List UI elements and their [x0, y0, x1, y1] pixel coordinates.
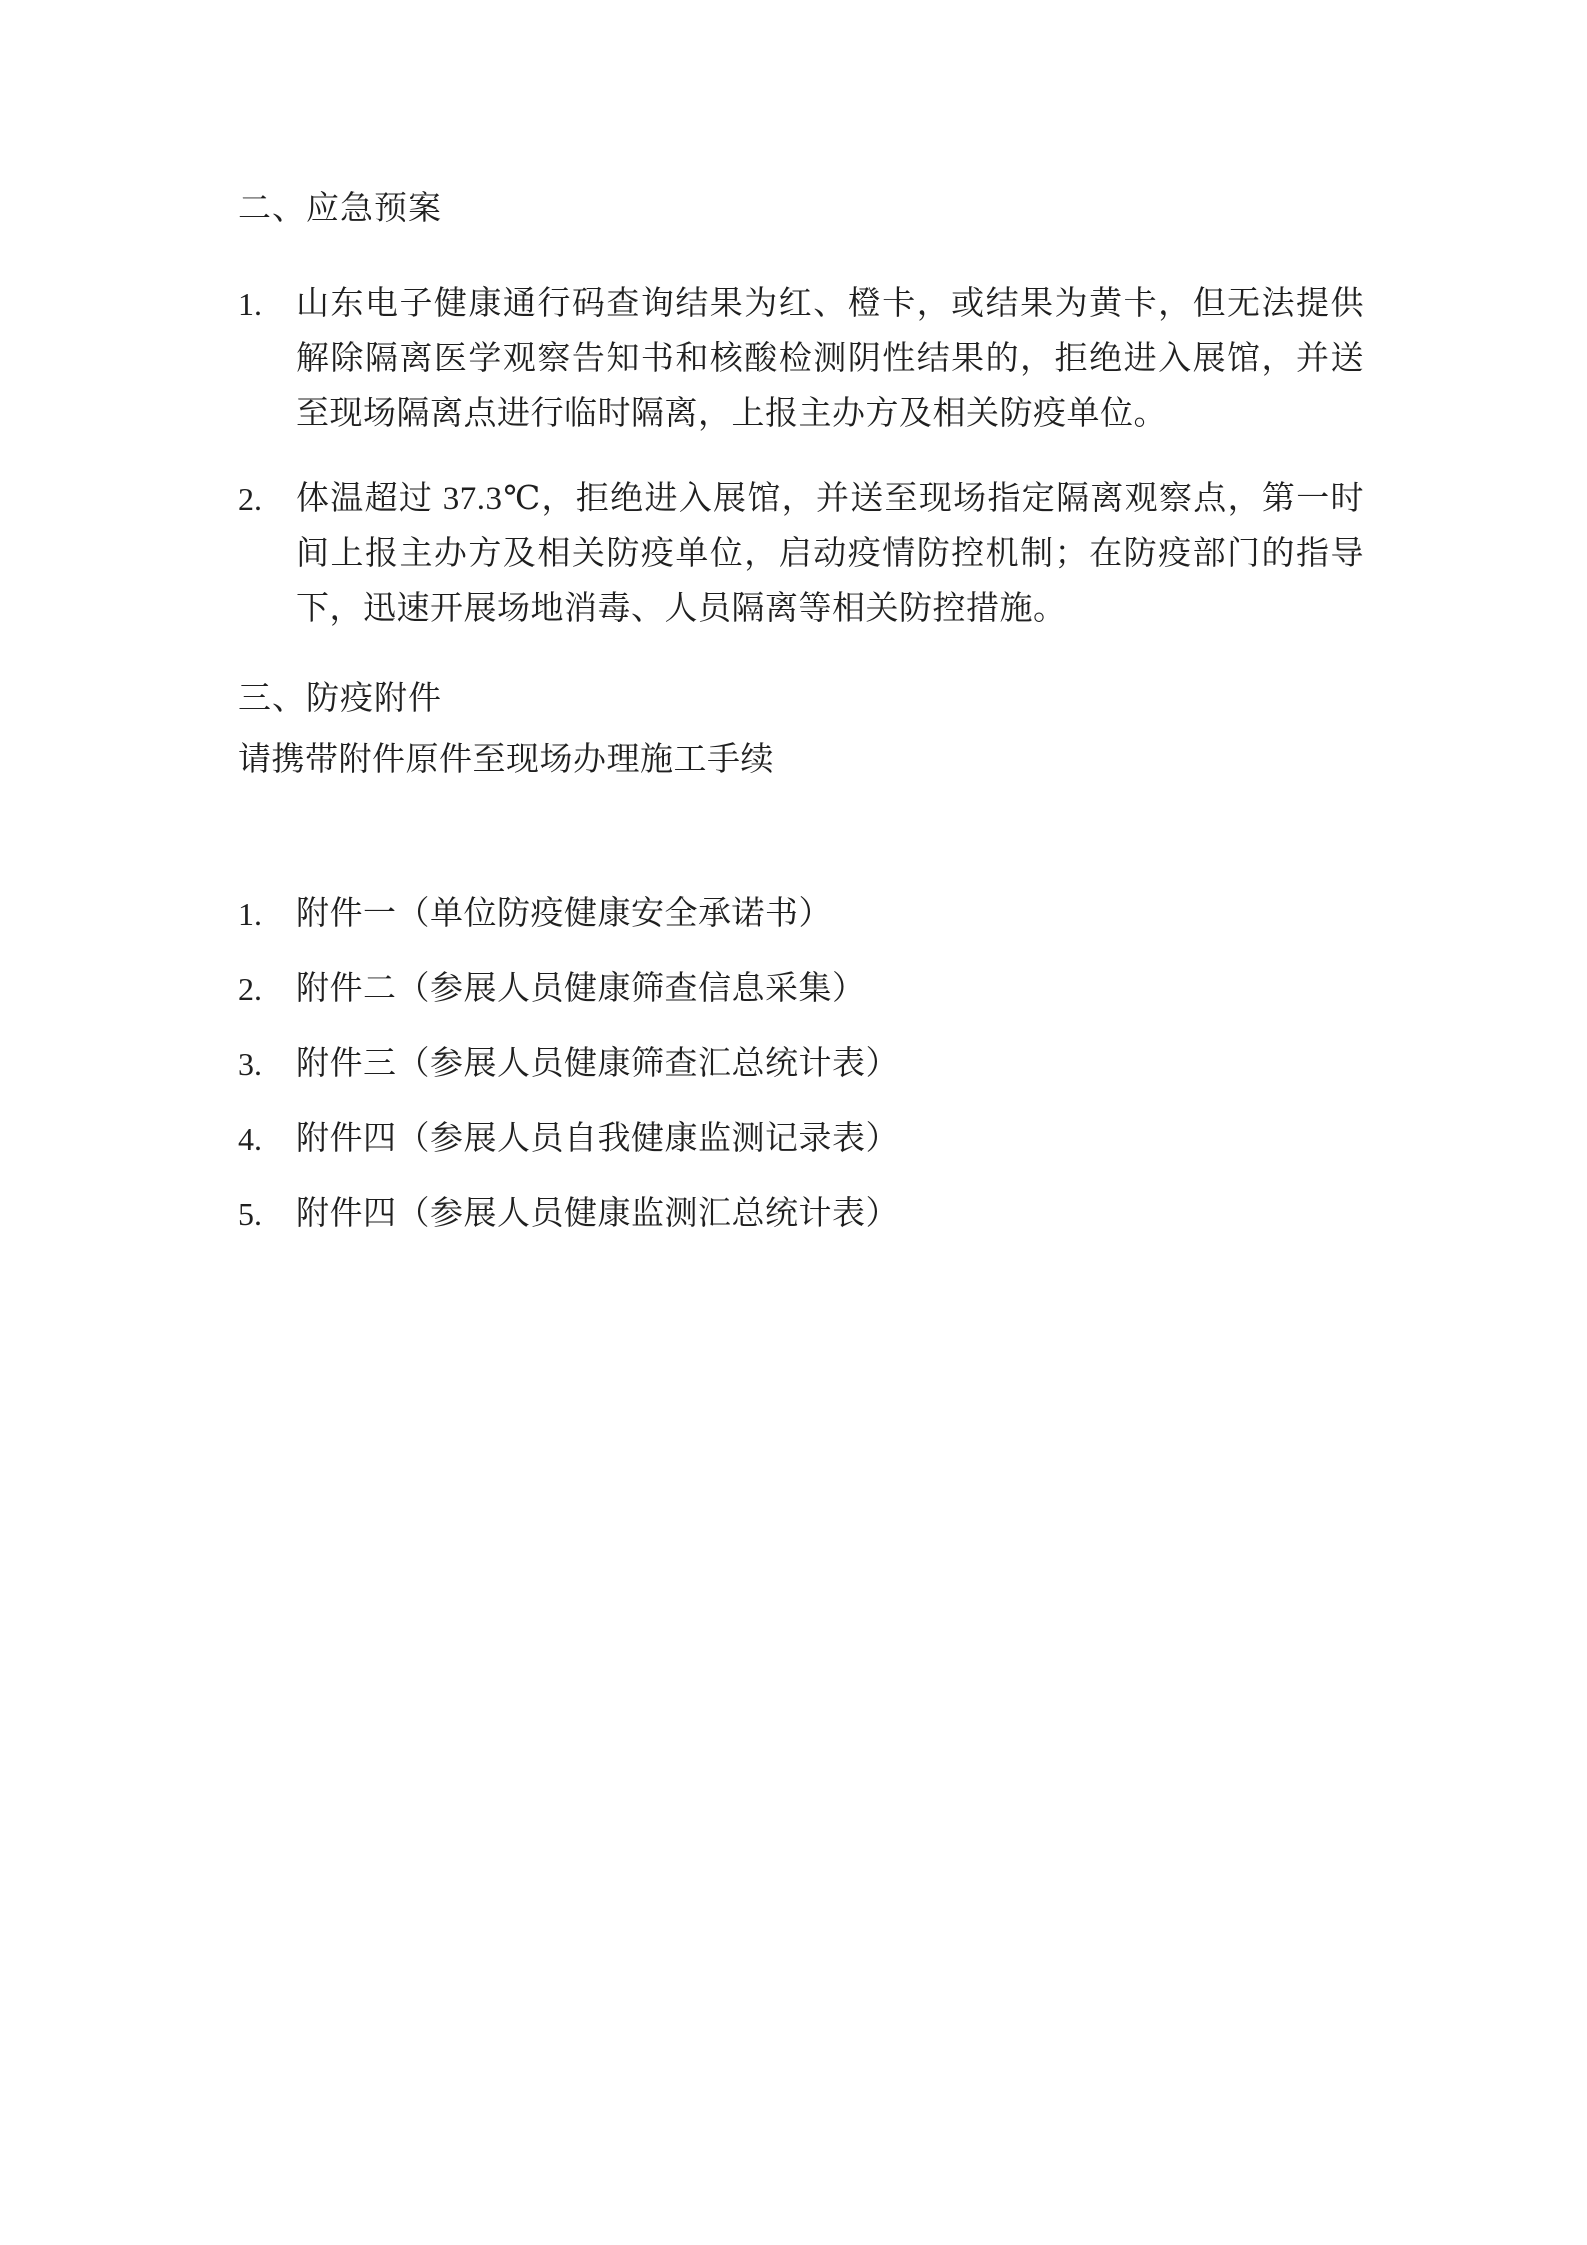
list-number: 1. [238, 277, 296, 442]
list-number: 4. [238, 1112, 296, 1167]
list-text: 附件四（参展人员健康监测汇总统计表） [296, 1187, 1364, 1242]
list-item: 3. 附件三（参展人员健康筛查汇总统计表） [238, 1037, 1364, 1092]
list-item: 1. 山东电子健康通行码查询结果为红、橙卡，或结果为黄卡，但无法提供解除隔离医学… [238, 277, 1364, 442]
list-text: 体温超过 37.3℃，拒绝进入展馆，并送至现场指定隔离观察点，第一时间上报主办方… [296, 472, 1364, 637]
list-item: 5. 附件四（参展人员健康监测汇总统计表） [238, 1187, 1364, 1242]
list-text: 附件二（参展人员健康筛查信息采集） [296, 962, 1364, 1017]
page-content: 二、应急预案 1. 山东电子健康通行码查询结果为红、橙卡，或结果为黄卡，但无法提… [0, 0, 1587, 1242]
list-number: 3. [238, 1037, 296, 1092]
list-item: 4. 附件四（参展人员自我健康监测记录表） [238, 1112, 1364, 1167]
section-heading-epidemic-attachments: 三、防疫附件 [238, 672, 1364, 727]
list-item: 2. 附件二（参展人员健康筛查信息采集） [238, 962, 1364, 1017]
note-paragraph: 请携带附件原件至现场办理施工手续 [238, 733, 1364, 788]
list-number: 2. [238, 962, 296, 1017]
list-number: 1. [238, 887, 296, 942]
list-text: 山东电子健康通行码查询结果为红、橙卡，或结果为黄卡，但无法提供解除隔离医学观察告… [296, 277, 1364, 442]
list-number: 5. [238, 1187, 296, 1242]
list-item: 1. 附件一（单位防疫健康安全承诺书） [238, 887, 1364, 942]
list-text: 附件一（单位防疫健康安全承诺书） [296, 887, 1364, 942]
section-heading-emergency-plan: 二、应急预案 [238, 182, 1364, 237]
list-number: 2. [238, 472, 296, 637]
list-text: 附件三（参展人员健康筛查汇总统计表） [296, 1037, 1364, 1092]
list-item: 2. 体温超过 37.3℃，拒绝进入展馆，并送至现场指定隔离观察点，第一时间上报… [238, 472, 1364, 637]
attachment-list: 1. 附件一（单位防疫健康安全承诺书） 2. 附件二（参展人员健康筛查信息采集）… [238, 887, 1364, 1242]
list-text: 附件四（参展人员自我健康监测记录表） [296, 1112, 1364, 1167]
document-page: 二、应急预案 1. 山东电子健康通行码查询结果为红、橙卡，或结果为黄卡，但无法提… [0, 0, 1587, 2245]
